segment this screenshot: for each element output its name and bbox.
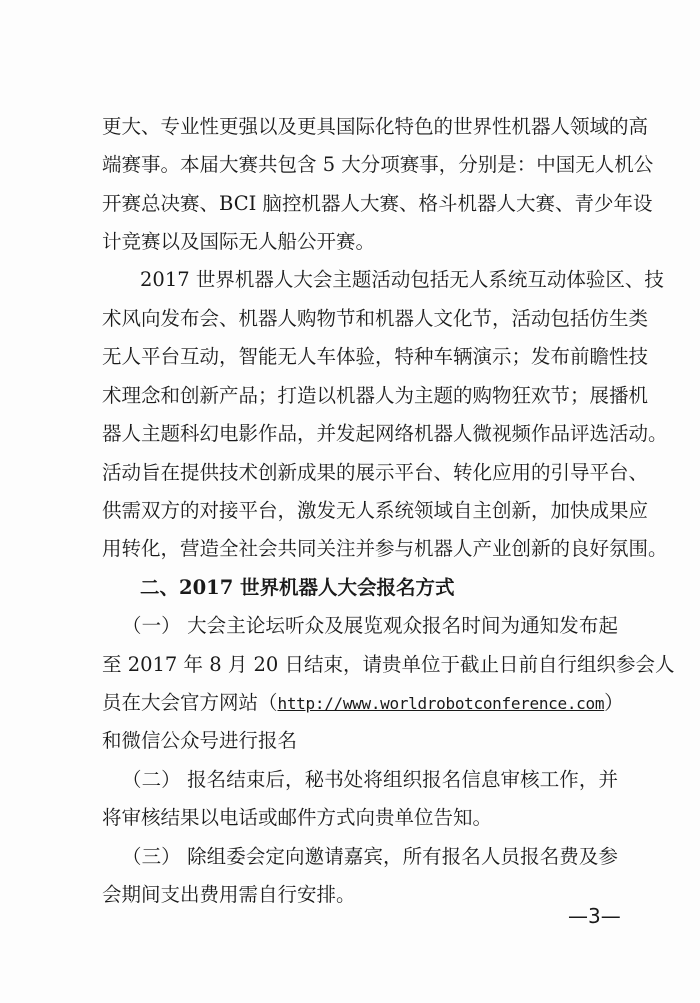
item-line: 至 2017 年 8 月 20 日结束，请贵单位于截止日前自行组织参会人	[102, 646, 618, 684]
paragraph-line: 更大、专业性更强以及更具国际化特色的世界性机器人领域的高	[102, 108, 618, 146]
paragraph-line: 器人主题科幻电影作品，并发起网络机器人微视频作品评选活动。	[102, 415, 618, 453]
item-text: 员在大会官方网站（	[102, 691, 278, 714]
item-line: （三） 除组委会定向邀请嘉宾，所有报名人员报名费及参	[122, 838, 618, 876]
paragraph-line: 术风向发布会、机器人购物节和机器人文化节，活动包括仿生类	[102, 300, 618, 338]
item-line: （一） 大会主论坛听众及展览观众报名时间为通知发布起	[122, 607, 618, 645]
paragraph-line: 用转化，营造全社会共同关注并参与机器人产业创新的良好氛围。	[102, 530, 618, 568]
website-link[interactable]: http://www.worldrobotconference.com	[278, 694, 605, 713]
paragraph-line: 2017 世界机器人大会主题活动包括无人系统互动体验区、技	[140, 261, 618, 299]
paragraph-line: 开赛总决赛、BCI 脑控机器人大赛、格斗机器人大赛、青少年设	[102, 185, 618, 223]
item-line: 会期间支出费用需自行安排。	[102, 876, 618, 914]
item-line: 和微信公众号进行报名	[102, 722, 618, 760]
page-number: —3—	[568, 904, 621, 928]
item-line: 将审核结果以电话或邮件方式向贵单位告知。	[102, 799, 618, 837]
item-line-with-url: 员在大会官方网站（http://www.worldrobotconference…	[102, 684, 618, 722]
paragraph-line: 端赛事。本届大赛共包含 5 大分项赛事，分别是：中国无人机公	[102, 146, 618, 184]
paragraph-line: 活动旨在提供技术创新成果的展示平台、转化应用的引导平台、	[102, 454, 618, 492]
item-line: （二） 报名结束后，秘书处将组织报名信息审核工作，并	[122, 761, 618, 799]
item-text: ）	[604, 691, 624, 714]
document-page: 更大、专业性更强以及更具国际化特色的世界性机器人领域的高 端赛事。本届大赛共包含…	[0, 0, 700, 1003]
paragraph-line: 术理念和创新产品；打造以机器人为主题的购物狂欢节；展播机	[102, 377, 618, 415]
paragraph-line: 供需双方的对接平台，激发无人系统领域自主创新，加快成果应	[102, 492, 618, 530]
paragraph-line: 计竞赛以及国际无人船公开赛。	[102, 223, 618, 261]
section-heading: 二、2017 世界机器人大会报名方式	[140, 569, 455, 607]
paragraph-line: 无人平台互动，智能无人车体验，特种车辆演示；发布前瞻性技	[102, 338, 618, 376]
